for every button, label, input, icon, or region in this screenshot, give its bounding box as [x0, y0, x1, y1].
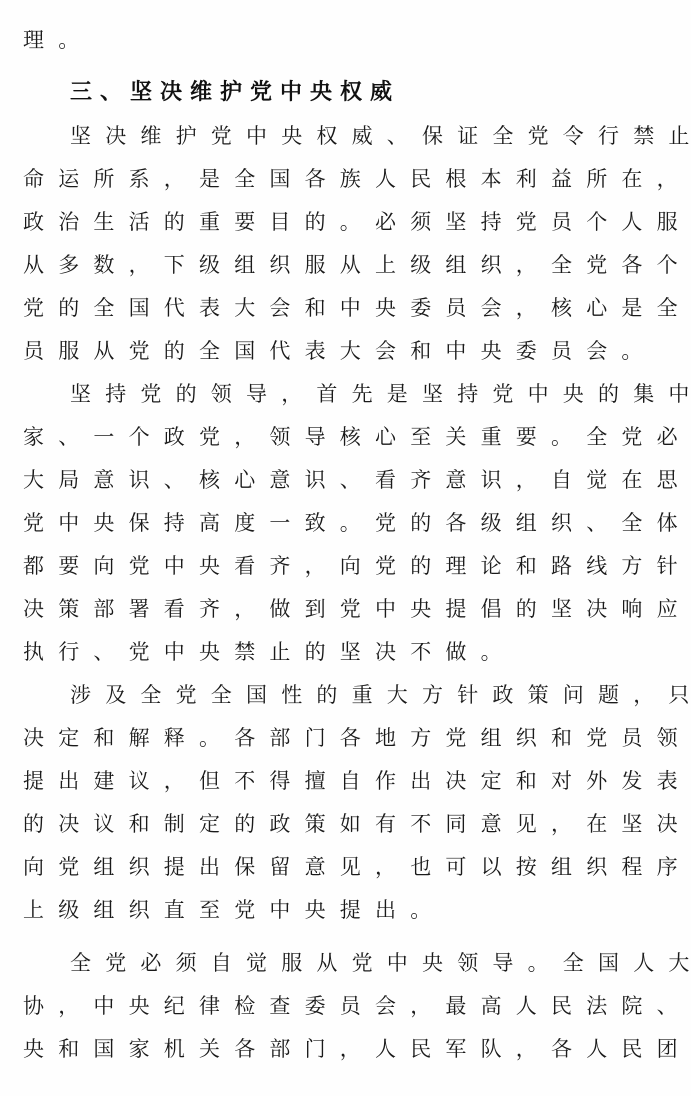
paragraph-3-line-3: 提出建议，但不得擅自作出决定和对外发表主张。对党中央作出 — [23, 763, 691, 799]
paragraph-2-line-4: 党中央保持高度一致。党的各级组织、全体党员特别是高级干部 — [23, 505, 691, 541]
section-heading: 三、坚决维护党中央权威 — [70, 75, 400, 111]
paragraph-3-line-6: 上级组织直至党中央提出。 — [23, 892, 445, 928]
paragraph-2-line-7: 执行、党中央禁止的坚决不做。 — [23, 634, 516, 670]
paragraph-3-line-1: 涉及全党全国性的重大方针政策问题，只有党中央有权作出 — [70, 677, 691, 713]
paragraph-4-line-2: 协，中央纪律检查委员会，最高人民法院、最高人民检察院，中 — [23, 988, 691, 1024]
paragraph-1-line-6: 员服从党的全国代表大会和中央委员会。 — [23, 333, 657, 369]
paragraph-1-line-2: 命运所系，是全国各族人民根本利益所在，也是加强和规范党内 — [23, 161, 691, 197]
paragraph-4-line-1: 全党必须自觉服从党中央领导。全国人大、国务院、全国政 — [70, 945, 691, 981]
paragraph-2-line-5: 都要向党中央看齐，向党的理论和路线方针政策看齐，向党中央 — [23, 548, 691, 584]
paragraph-1-line-4: 从多数，下级组织服从上级组织，全党各个组织和全体党员服从 — [23, 247, 691, 283]
text-line-1: 理。 — [23, 22, 93, 58]
paragraph-2-line-2: 家、一个政党，领导核心至关重要。全党必须牢固树立政治意识、 — [23, 419, 691, 455]
paragraph-2-line-6: 决策部署看齐，做到党中央提倡的坚决响应、党中央决定的坚决 — [23, 591, 691, 627]
paragraph-3-line-2: 决定和解释。各部门各地方党组织和党员领导干部可以向党中央 — [23, 720, 691, 756]
document-page: 理。 三、坚决维护党中央权威 坚决维护党中央权威、保证全党令行禁止，是党和国家前… — [0, 0, 691, 1096]
paragraph-2-line-3: 大局意识、核心意识、看齐意识，自觉在思想上政治上行动上同 — [23, 462, 691, 498]
paragraph-1-line-1: 坚决维护党中央权威、保证全党令行禁止，是党和国家前途 — [70, 118, 691, 154]
paragraph-4-line-3: 央和国家机关各部门，人民军队，各人民团体，各地方，各企事 — [23, 1031, 691, 1067]
paragraph-1-line-3: 政治生活的重要目的。必须坚持党员个人服从党的组织，少数服 — [23, 204, 691, 240]
paragraph-3-line-4: 的决议和制定的政策如有不同意见，在坚决执行的前提下，可以 — [23, 806, 691, 842]
paragraph-2-line-1: 坚持党的领导，首先是坚持党中央的集中统一领导。一个国 — [70, 376, 691, 412]
paragraph-3-line-5: 向党组织提出保留意见，也可以按组织程序把自己的意见向党的 — [23, 849, 691, 885]
paragraph-1-line-5: 党的全国代表大会和中央委员会，核心是全党各个组织和全体党 — [23, 290, 691, 326]
